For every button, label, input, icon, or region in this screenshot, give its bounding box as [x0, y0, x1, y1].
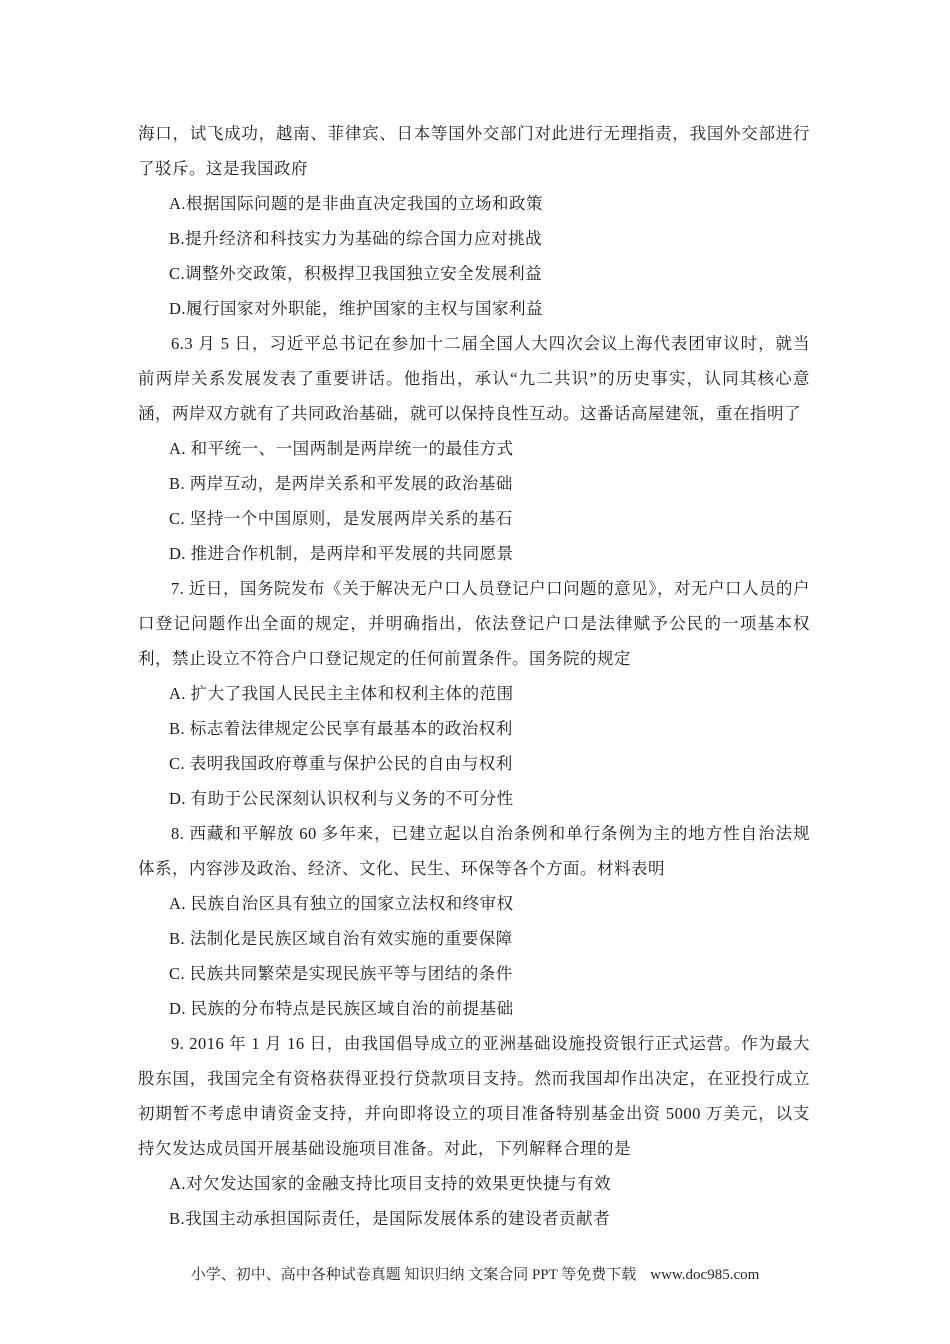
answer-option-a: A. 和平统一、一国两制是两岸统一的最佳方式	[138, 431, 810, 466]
question-7: 7. 近日，国务院发布《关于解决无户口人员登记户口问题的意见》，对无户口人员的户…	[138, 571, 810, 816]
answer-option-d: D. 推进合作机制，是两岸和平发展的共同愿景	[138, 536, 810, 571]
answer-option-b: B. 两岸互动，是两岸关系和平发展的政治基础	[138, 466, 810, 501]
footer-site-url: www.doc985.com	[650, 1267, 759, 1283]
answer-option-a: A.对欠发达国家的金融支持比项目支持的效果更快捷与有效	[138, 1166, 810, 1201]
answer-option-b: B. 法制化是民族区域自治有效实施的重要保障	[138, 921, 810, 956]
question-stem: 6.3 月 5 日，习近平总书记在参加十二届全国人大四次会议上海代表团审议时，就…	[138, 326, 810, 431]
answer-option-c: C. 坚持一个中国原则，是发展两岸关系的基石	[138, 501, 810, 536]
question-8: 8. 西藏和平解放 60 多年来，已建立起以自治条例和单行条例为主的地方性自治法…	[138, 816, 810, 1026]
question-stem: 8. 西藏和平解放 60 多年来，已建立起以自治条例和单行条例为主的地方性自治法…	[138, 816, 810, 886]
answer-option-a: A.根据国际问题的是非曲直决定我国的立场和政策	[138, 186, 810, 221]
document-page: 海口，试飞成功，越南、菲律宾、日本等国外交部门对此进行无理指责，我国外交部进行了…	[0, 0, 950, 1344]
answer-option-d: D.履行国家对外职能，维护国家的主权与国家利益	[138, 291, 810, 326]
question-stem: 9. 2016 年 1 月 16 日，由我国倡导成立的亚洲基础设施投资银行正式运…	[138, 1026, 810, 1166]
answer-option-c: C.调整外交政策，积极捍卫我国独立安全发展利益	[138, 256, 810, 291]
question-stem: 7. 近日，国务院发布《关于解决无户口人员登记户口问题的意见》，对无户口人员的户…	[138, 571, 810, 676]
answer-option-d: D. 有助于公民深刻认识权利与义务的不可分性	[138, 781, 810, 816]
question-5-continuation: 海口，试飞成功，越南、菲律宾、日本等国外交部门对此进行无理指责，我国外交部进行了…	[138, 116, 810, 326]
answer-option-b: B.提升经济和科技实力为基础的综合国力应对挑战	[138, 221, 810, 256]
question-stem: 海口，试飞成功，越南、菲律宾、日本等国外交部门对此进行无理指责，我国外交部进行了…	[138, 116, 810, 186]
answer-option-c: C. 表明我国政府尊重与保护公民的自由与权利	[138, 746, 810, 781]
answer-option-a: A. 民族自治区具有独立的国家立法权和终审权	[138, 886, 810, 921]
answer-option-d: D. 民族的分布特点是民族区域自治的前提基础	[138, 991, 810, 1026]
question-9: 9. 2016 年 1 月 16 日，由我国倡导成立的亚洲基础设施投资银行正式运…	[138, 1026, 810, 1236]
exam-content: 海口，试飞成功，越南、菲律宾、日本等国外交部门对此进行无理指责，我国外交部进行了…	[138, 116, 810, 1236]
answer-option-c: C. 民族共同繁荣是实现民族平等与团结的条件	[138, 956, 810, 991]
answer-option-b: B. 标志着法律规定公民享有最基本的政治权利	[138, 711, 810, 746]
question-6: 6.3 月 5 日，习近平总书记在参加十二届全国人大四次会议上海代表团审议时，就…	[138, 326, 810, 571]
answer-option-a: A. 扩大了我国人民民主主体和权利主体的范围	[138, 676, 810, 711]
answer-option-b: B.我国主动承担国际责任，是国际发展体系的建设者贡献者	[138, 1201, 810, 1236]
page-footer: 小学、初中、高中各种试卷真题 知识归纳 文案合同 PPT 等免费下载www.do…	[0, 1260, 950, 1290]
footer-text: 小学、初中、高中各种试卷真题 知识归纳 文案合同 PPT 等免费下载	[191, 1267, 637, 1283]
